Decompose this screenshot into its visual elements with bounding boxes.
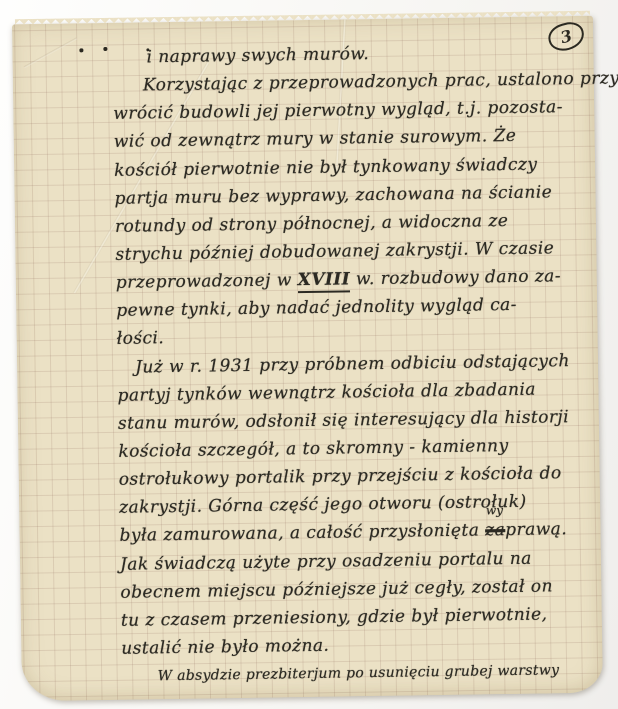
line-text: w. rozbudowy dano za- — [350, 266, 561, 289]
underlined-roman-numeral: XVIII — [297, 269, 350, 293]
struck-text: za — [485, 520, 505, 540]
inserted-text: wy — [486, 505, 503, 517]
ink-dot — [103, 47, 107, 51]
torn-top-edge — [15, 11, 590, 25]
scanner-background: 3 i naprawy swych murów. Korzystając z p… — [0, 0, 618, 709]
handwritten-correction: zawy — [485, 516, 505, 544]
line-text: prawą. — [505, 520, 567, 541]
line-text: przeprowadzonej w — [116, 270, 298, 293]
line-text: była zamurowana, a całość przysłonięta — [119, 521, 485, 546]
ink-dot — [79, 48, 83, 52]
handwritten-text: i naprawy swych murów. Korzystając z prz… — [112, 37, 592, 691]
fold-crease — [24, 37, 78, 68]
manuscript-line: W absydzie prezbiterjum po usunięciu gru… — [121, 656, 591, 691]
manuscript-page: 3 i naprawy swych murów. Korzystając z p… — [12, 16, 603, 702]
